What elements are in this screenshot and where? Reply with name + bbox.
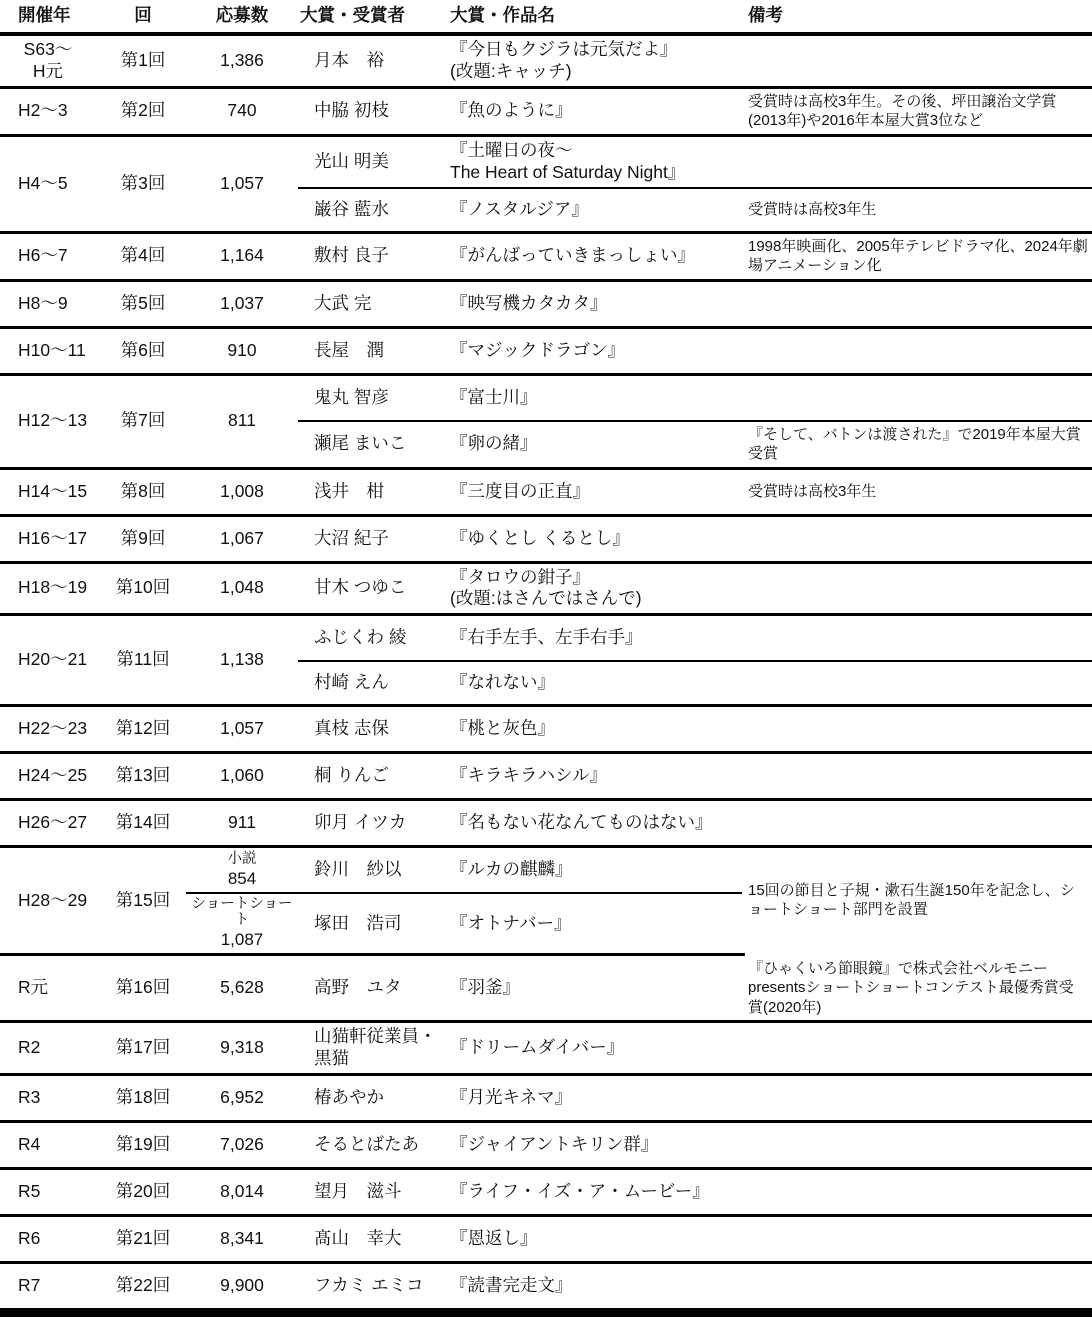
year-cell: H18〜19 xyxy=(0,564,100,614)
round-cell: 第8回 xyxy=(100,470,186,514)
year-cell: H16〜17 xyxy=(0,517,100,561)
year-cell: R7 xyxy=(0,1264,100,1308)
round-cell: 第19回 xyxy=(100,1123,186,1167)
work-title-cell: 『ゆくとし くるとし』 xyxy=(442,517,742,561)
year-cell: H20〜21 xyxy=(0,616,100,704)
winner-name-cell: 望月 滋斗 xyxy=(298,1170,442,1214)
work-title-cell: 『タロウの鉗子』 (改題:はさんではさんで) xyxy=(442,564,742,614)
work-title-cell: 『オトナバー』 xyxy=(442,892,742,952)
year-cell: R5 xyxy=(0,1170,100,1214)
table-row: H20〜21第11回1,138ふじくわ 綾『右手左手、左手右手』村崎 えん『なれ… xyxy=(0,616,1092,707)
award-history-table: 開催年 回 応募数 大賞・受賞者 大賞・作品名 備考 S63〜 H元第1回1,3… xyxy=(0,0,1092,1317)
work-title-cell: 『ノスタルジア』 xyxy=(442,187,742,231)
work-title-cell: 『なれない』 xyxy=(442,660,742,704)
entries-cell: 1,164 xyxy=(186,234,298,279)
work-title-cell: 『ライフ・イズ・ア・ムービー』 xyxy=(442,1170,742,1214)
table-row: R6第21回8,341髙山 幸大『恩返し』 xyxy=(0,1217,1092,1264)
entries-cell: 1,386 xyxy=(186,36,298,86)
winner-name-cell: 卯月 イツカ xyxy=(298,801,442,845)
work-title-cell: 『映写機カタカタ』 xyxy=(442,282,742,326)
work-title-cell: 『読書完走文』 xyxy=(442,1264,742,1308)
work-title-cell: 『三度目の正直』 xyxy=(442,470,742,514)
table-row: H14〜15第8回1,008浅井 柑『三度目の正直』受賞時は高校3年生 xyxy=(0,470,1092,517)
entries-cell: 小説854 xyxy=(186,848,298,892)
winner-name-cell: 塚田 浩司 xyxy=(298,892,442,952)
year-cell: H28〜29 xyxy=(0,848,100,952)
work-title-cell: 『ジャイアントキリン群』 xyxy=(442,1123,742,1167)
col-header-round: 回 xyxy=(100,0,186,32)
notes-cell xyxy=(742,660,1092,704)
entries-cell: 1,057 xyxy=(186,137,298,231)
round-cell: 第4回 xyxy=(100,234,186,279)
winner-name-cell: ふじくわ 綾 xyxy=(298,616,442,660)
notes-cell xyxy=(742,1217,1092,1261)
entries-cell: 1,060 xyxy=(186,754,298,798)
year-cell: R6 xyxy=(0,1217,100,1261)
year-cell: H24〜25 xyxy=(0,754,100,798)
col-header-year: 開催年 xyxy=(0,0,100,32)
year-cell: H8〜9 xyxy=(0,282,100,326)
table-row: R4第19回7,026そるとばたあ『ジャイアントキリン群』 xyxy=(0,1123,1092,1170)
work-title-cell: 『マジックドラゴン』 xyxy=(442,329,742,373)
year-cell: R2 xyxy=(0,1023,100,1073)
round-cell: 第10回 xyxy=(100,564,186,614)
entries-cell: ショートショート1,087 xyxy=(186,892,298,952)
table-row: H10〜11第6回910長屋 潤『マジックドラゴン』 xyxy=(0,329,1092,376)
entries-cell: 7,026 xyxy=(186,1123,298,1167)
round-cell: 第15回 xyxy=(100,848,186,952)
notes-cell xyxy=(742,36,1092,86)
entries-cell: 1,138 xyxy=(186,616,298,704)
notes-cell: 『ひゃくいろ節眼鏡』で株式会社ベルモニーpresentsショートショートコンテス… xyxy=(742,956,1092,1021)
winner-name-cell: 鬼丸 智彦 xyxy=(298,376,442,420)
notes-cell xyxy=(742,801,1092,845)
entries-cell: 9,900 xyxy=(186,1264,298,1308)
year-cell: H26〜27 xyxy=(0,801,100,845)
entries-cell: 1,067 xyxy=(186,517,298,561)
entries-cell: 9,318 xyxy=(186,1023,298,1073)
notes-cell xyxy=(742,376,1092,420)
table-row: H2〜3第2回740中脇 初枝『魚のように』受賞時は高校3年生。その後、坪田譲治… xyxy=(0,89,1092,137)
round-cell: 第18回 xyxy=(100,1076,186,1120)
notes-cell: 1998年映画化、2005年テレビドラマ化、2024年劇場アニメーション化 xyxy=(742,234,1092,279)
entries-cell: 740 xyxy=(186,89,298,134)
entries-cell: 1,057 xyxy=(186,707,298,751)
round-cell: 第5回 xyxy=(100,282,186,326)
winner-name-cell: 鈴川 紗以 xyxy=(298,848,442,892)
table-row: H18〜19第10回1,048甘木 つゆこ『タロウの鉗子』 (改題:はさんではさ… xyxy=(0,564,1092,617)
notes-cell: 『そして、バトンは渡された』で2019年本屋大賞受賞 xyxy=(742,420,1092,467)
round-cell: 第1回 xyxy=(100,36,186,86)
entries-category-label: 小説 xyxy=(228,852,257,868)
work-title-cell: 『卵の緒』 xyxy=(442,420,742,467)
work-title-cell: 『恩返し』 xyxy=(442,1217,742,1261)
notes-cell xyxy=(742,137,1092,187)
col-header-notes: 備考 xyxy=(742,0,1092,32)
entries-count: 854 xyxy=(228,869,256,889)
work-title-cell: 『桃と灰色』 xyxy=(442,707,742,751)
entries-count: 1,087 xyxy=(221,930,264,950)
winner-name-cell: 浅井 柑 xyxy=(298,470,442,514)
round-cell: 第17回 xyxy=(100,1023,186,1073)
notes-cell xyxy=(742,1076,1092,1120)
entries-cell: 8,341 xyxy=(186,1217,298,1261)
winner-name-cell: 村崎 えん xyxy=(298,660,442,704)
entries-cell: 5,628 xyxy=(186,956,298,1021)
winner-name-cell: 大武 完 xyxy=(298,282,442,326)
notes-cell xyxy=(742,1264,1092,1308)
table-row: H4〜5第3回1,057光山 明美『土曜日の夜〜 The Heart of Sa… xyxy=(0,137,1092,234)
table-row: H8〜9第5回1,037大武 完『映写機カタカタ』 xyxy=(0,282,1092,329)
work-title-cell: 『月光キネマ』 xyxy=(442,1076,742,1120)
work-title-cell: 『羽釜』 xyxy=(442,956,742,1021)
winner-name-cell: そるとばたあ xyxy=(298,1123,442,1167)
winner-name-cell: 真枝 志保 xyxy=(298,707,442,751)
winner-name-cell: 桐 りんご xyxy=(298,754,442,798)
round-cell: 第9回 xyxy=(100,517,186,561)
winner-name-cell: 高野 ユタ xyxy=(298,956,442,1021)
entries-cell: 911 xyxy=(186,801,298,845)
work-title-cell: 『魚のように』 xyxy=(442,89,742,134)
round-cell: 第2回 xyxy=(100,89,186,134)
winner-name-cell: 大沼 紀子 xyxy=(298,517,442,561)
round-cell: 第22回 xyxy=(100,1264,186,1308)
notes-cell: 15回の節目と子規・漱石生誕150年を記念し、ショートショート部門を設置 xyxy=(742,848,1092,952)
year-cell: R3 xyxy=(0,1076,100,1120)
entries-cell: 6,952 xyxy=(186,1076,298,1120)
winner-name-cell: 巌谷 藍水 xyxy=(298,187,442,231)
round-cell: 第13回 xyxy=(100,754,186,798)
work-title-cell: 『土曜日の夜〜 The Heart of Saturday Night』 xyxy=(442,137,742,187)
notes-cell xyxy=(742,1123,1092,1167)
col-header-entries: 応募数 xyxy=(186,0,298,32)
round-cell: 第14回 xyxy=(100,801,186,845)
work-title-cell: 『右手左手、左手右手』 xyxy=(442,616,742,660)
year-cell: H22〜23 xyxy=(0,707,100,751)
table-row: H16〜17第9回1,067大沼 紀子『ゆくとし くるとし』 xyxy=(0,517,1092,564)
round-cell: 第7回 xyxy=(100,376,186,467)
winner-name-cell: 甘木 つゆこ xyxy=(298,564,442,614)
round-cell: 第20回 xyxy=(100,1170,186,1214)
round-cell: 第21回 xyxy=(100,1217,186,1261)
year-cell: H2〜3 xyxy=(0,89,100,134)
round-cell: 第16回 xyxy=(100,956,186,1021)
notes-cell xyxy=(742,1170,1092,1214)
notes-cell: 受賞時は高校3年生。その後、坪田譲治文学賞(2013年)や2016年本屋大賞3位… xyxy=(742,89,1092,134)
round-cell: 第6回 xyxy=(100,329,186,373)
notes-cell xyxy=(742,517,1092,561)
col-header-title: 大賞・作品名 xyxy=(442,0,742,32)
year-cell: R4 xyxy=(0,1123,100,1167)
table-row: R2第17回9,318山猫軒従業員・ 黒猫『ドリームダイバー』 xyxy=(0,1023,1092,1076)
round-cell: 第12回 xyxy=(100,707,186,751)
notes-cell: 受賞時は高校3年生 xyxy=(742,470,1092,514)
round-cell: 第11回 xyxy=(100,616,186,704)
winner-name-cell: 光山 明美 xyxy=(298,137,442,187)
notes-cell xyxy=(742,329,1092,373)
notes-cell xyxy=(742,282,1092,326)
year-cell: H12〜13 xyxy=(0,376,100,467)
notes-cell xyxy=(742,564,1092,614)
work-title-cell: 『ルカの麒麟』 xyxy=(442,848,742,892)
winner-name-cell: 長屋 潤 xyxy=(298,329,442,373)
table-row: H6〜7第4回1,164敷村 良子『がんばっていきまっしょい』1998年映画化、… xyxy=(0,234,1092,282)
winner-name-cell: 瀬尾 まいこ xyxy=(298,420,442,467)
notes-cell xyxy=(742,707,1092,751)
work-title-cell: 『今日もクジラは元気だよ』 (改題:キャッチ) xyxy=(442,36,742,86)
table-row: H28〜29第15回小説854ショートショート1,087鈴川 紗以『ルカの麒麟』… xyxy=(0,848,1092,952)
notes-cell: 受賞時は高校3年生 xyxy=(742,187,1092,231)
table-row: R5第20回8,014望月 滋斗『ライフ・イズ・ア・ムービー』 xyxy=(0,1170,1092,1217)
table-row: R7第22回9,900フカミ エミコ『読書完走文』 xyxy=(0,1264,1092,1311)
entries-cell: 1,048 xyxy=(186,564,298,614)
entries-category-label: ショートショート xyxy=(190,897,294,929)
table-row: R3第18回6,952椿あやか『月光キネマ』 xyxy=(0,1076,1092,1123)
winner-name-cell: 髙山 幸大 xyxy=(298,1217,442,1261)
winner-name-cell: フカミ エミコ xyxy=(298,1264,442,1308)
entries-cell: 8,014 xyxy=(186,1170,298,1214)
winner-name-cell: 敷村 良子 xyxy=(298,234,442,279)
entries-cell: 910 xyxy=(186,329,298,373)
year-cell: R元 xyxy=(0,956,100,1021)
year-cell: H10〜11 xyxy=(0,329,100,373)
notes-cell xyxy=(742,616,1092,660)
year-cell: S63〜 H元 xyxy=(0,36,100,86)
table-row: H12〜13第7回811鬼丸 智彦『富士川』瀬尾 まいこ『卵の緒』『そして、バト… xyxy=(0,376,1092,470)
entries-cell: 811 xyxy=(186,376,298,467)
table-row: S63〜 H元第1回1,386月本 裕『今日もクジラは元気だよ』 (改題:キャッ… xyxy=(0,36,1092,89)
winner-name-cell: 山猫軒従業員・ 黒猫 xyxy=(298,1023,442,1073)
work-title-cell: 『キラキラハシル』 xyxy=(442,754,742,798)
work-title-cell: 『がんばっていきまっしょい』 xyxy=(442,234,742,279)
round-cell: 第3回 xyxy=(100,137,186,231)
work-title-cell: 『ドリームダイバー』 xyxy=(442,1023,742,1073)
table-row: R元第16回5,628高野 ユタ『羽釜』『ひゃくいろ節眼鏡』で株式会社ベルモニー… xyxy=(0,956,1092,1024)
table-header-row: 開催年 回 応募数 大賞・受賞者 大賞・作品名 備考 xyxy=(0,0,1092,36)
table-row: H22〜23第12回1,057真枝 志保『桃と灰色』 xyxy=(0,707,1092,754)
winner-name-cell: 月本 裕 xyxy=(298,36,442,86)
entries-cell: 1,008 xyxy=(186,470,298,514)
entries-cell: 1,037 xyxy=(186,282,298,326)
winner-name-cell: 椿あやか xyxy=(298,1076,442,1120)
notes-cell xyxy=(742,754,1092,798)
col-header-winner: 大賞・受賞者 xyxy=(298,0,442,32)
table-row: H26〜27第14回911卯月 イツカ『名もない花なんてものはない』 xyxy=(0,801,1092,848)
work-title-cell: 『富士川』 xyxy=(442,376,742,420)
winner-name-cell: 中脇 初枝 xyxy=(298,89,442,134)
notes-cell xyxy=(742,1023,1092,1073)
table-body: S63〜 H元第1回1,386月本 裕『今日もクジラは元気だよ』 (改題:キャッ… xyxy=(0,36,1092,1311)
year-cell: H6〜7 xyxy=(0,234,100,279)
table-row: H24〜25第13回1,060桐 りんご『キラキラハシル』 xyxy=(0,754,1092,801)
year-cell: H4〜5 xyxy=(0,137,100,231)
work-title-cell: 『名もない花なんてものはない』 xyxy=(442,801,742,845)
year-cell: H14〜15 xyxy=(0,470,100,514)
